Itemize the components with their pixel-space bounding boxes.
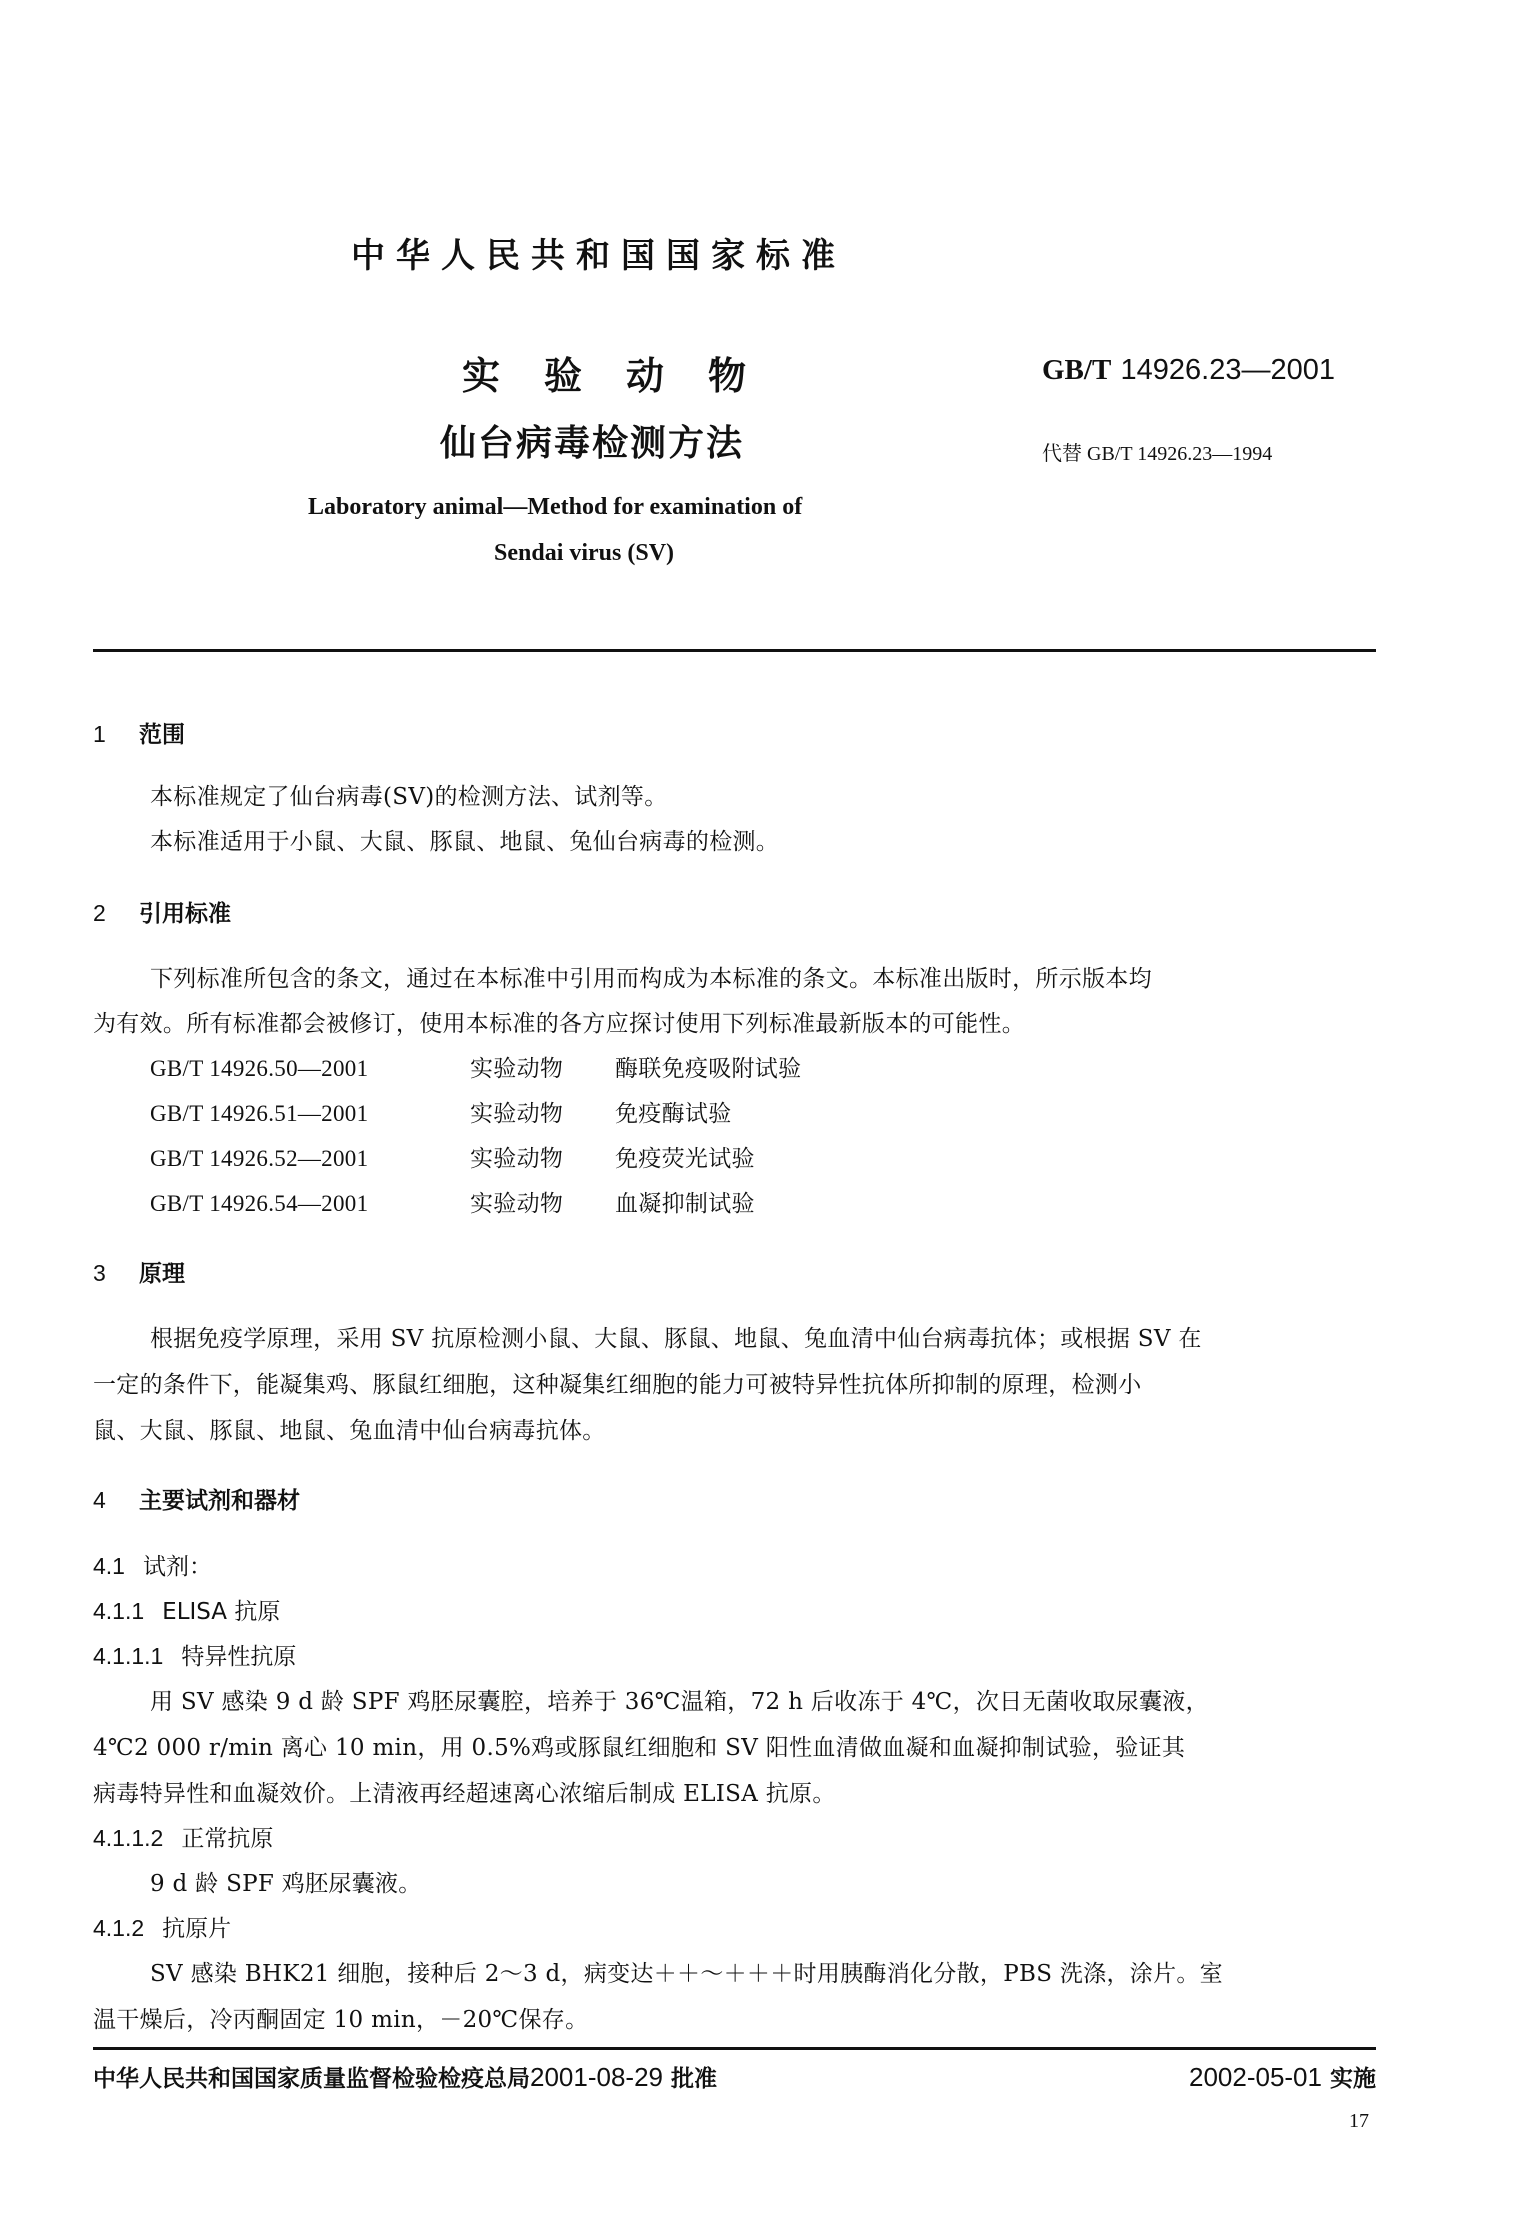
reference-row: GB/T 14926.52—2001实验动物免疫荧光试验: [150, 1140, 755, 1173]
section-4-1-1-1-line1: 用 SV 感染 9 d 龄 SPF 鸡胚尿囊腔，培养于 36℃温箱，72 h 后…: [150, 1683, 1209, 1716]
section-4-1-2-heading: 4.1.2抗原片: [93, 1910, 231, 1943]
section-4-heading: 4主要试剂和器材: [93, 1482, 300, 1515]
english-title-line2: Sendai virus (SV): [494, 540, 674, 567]
reference-row: GB/T 14926.50—2001实验动物酶联免疫吸附试验: [150, 1050, 801, 1083]
section-1-paragraph-2: 本标准适用于小鼠、大鼠、豚鼠、地鼠、兔仙台病毒的检测。: [150, 823, 779, 856]
national-standard-heading: 中华人民共和国国家标准: [351, 228, 846, 277]
standard-code: GB/T 14926.23—2001: [1042, 352, 1335, 387]
section-4-1-1-2-heading: 4.1.1.2正常抗原: [93, 1820, 273, 1853]
section-4-1-1-1-heading: 4.1.1.1特异性抗原: [93, 1638, 296, 1671]
section-1-heading: 1范围: [93, 716, 185, 749]
section-4-1-2-line2: 温干燥后，冷丙酮固定 10 min，－20℃保存。: [93, 2001, 588, 2034]
section-3-line1: 根据免疫学原理，采用 SV 抗原检测小鼠、大鼠、豚鼠、地鼠、兔血清中仙台病毒抗体…: [150, 1320, 1202, 1353]
section-4-1-1-heading: 4.1.1ELISA 抗原: [93, 1593, 280, 1626]
section-2-heading: 2引用标准: [93, 895, 231, 928]
section-4-1-heading: 4.1试剂：: [93, 1548, 212, 1581]
section-4-1-2-line1: SV 感染 BHK21 细胞，接种后 2～3 d，病变达＋＋～＋＋＋时用胰酶消化…: [150, 1955, 1223, 1988]
page-number: 17: [1349, 2110, 1369, 2133]
document-title-line1: 实验动物: [462, 345, 790, 400]
english-title-line1: Laboratory animal—Method for examination…: [308, 494, 802, 521]
section-2-intro-line1: 下列标准所包含的条文，通过在本标准中引用而构成为本标准的条文。本标准出版时，所示…: [150, 960, 1152, 993]
document-title-line2: 仙台病毒检测方法: [440, 415, 744, 466]
reference-row: GB/T 14926.51—2001实验动物免疫酶试验: [150, 1095, 732, 1128]
footer-divider: [93, 2047, 1376, 2050]
replaces-standard: 代替 GB/T 14926.23—1994: [1042, 437, 1272, 466]
standard-code-prefix: GB/T: [1042, 354, 1111, 386]
section-4-1-1-2-line1: 9 d 龄 SPF 鸡胚尿囊液。: [150, 1865, 422, 1898]
section-3-line2: 一定的条件下，能凝集鸡、豚鼠红细胞，这种凝集红细胞的能力可被特异性抗体所抑制的原…: [93, 1366, 1142, 1399]
header-divider: [93, 649, 1376, 652]
section-4-1-1-1-line2: 4℃2 000 r/min 离心 10 min，用 0.5%鸡或豚鼠红细胞和 S…: [93, 1729, 1185, 1762]
effective-info: 2002-05-01 实施: [1189, 2060, 1376, 2093]
section-3-line3: 鼠、大鼠、豚鼠、地鼠、兔血清中仙台病毒抗体。: [93, 1412, 606, 1445]
section-2-intro-line2: 为有效。所有标准都会被修订，使用本标准的各方应探讨使用下列标准最新版本的可能性。: [93, 1005, 1025, 1038]
section-1-paragraph-1: 本标准规定了仙台病毒(SV)的检测方法、试剂等。: [150, 778, 668, 811]
section-3-heading: 3原理: [93, 1255, 185, 1288]
reference-row: GB/T 14926.54—2001实验动物血凝抑制试验: [150, 1185, 755, 1218]
approval-info: 中华人民共和国国家质量监督检验检疫总局2001-08-29 批准: [93, 2060, 717, 2093]
section-4-1-1-1-line3: 病毒特异性和血凝效价。上清液再经超速离心浓缩后制成 ELISA 抗原。: [93, 1775, 836, 1808]
standard-code-number: 14926.23—2001: [1121, 354, 1335, 386]
